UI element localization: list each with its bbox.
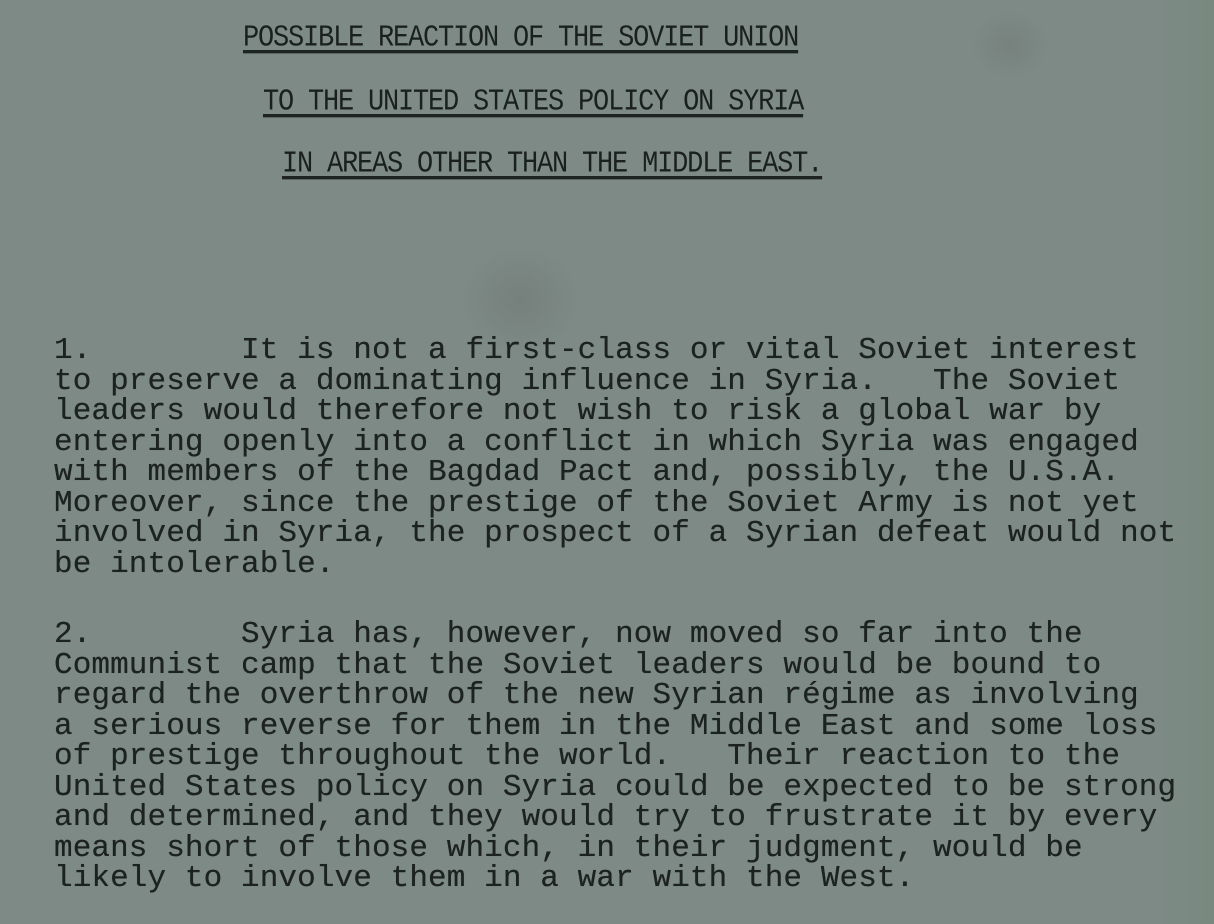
paragraph-line: leaders would therefore not wish to risk… bbox=[54, 397, 1176, 428]
paragraph-line: and determined, and they would try to fr… bbox=[54, 803, 1176, 834]
paragraph-line: with members of the Bagdad Pact and, pos… bbox=[54, 458, 1176, 489]
title-line-1: POSSIBLE REACTION OF THE SOVIET UNION bbox=[243, 22, 798, 56]
paragraph-line: regard the overthrow of the new Syrian r… bbox=[54, 681, 1176, 712]
paragraph-line: of prestige throughout the world. Their … bbox=[54, 742, 1176, 773]
document-page: POSSIBLE REACTION OF THE SOVIET UNION TO… bbox=[0, 0, 1214, 924]
paragraph-line: entering openly into a conflict in which… bbox=[54, 428, 1176, 459]
title-line-2: TO THE UNITED STATES POLICY ON SYRIA bbox=[263, 86, 803, 120]
paragraph-line: likely to involve them in a war with the… bbox=[54, 864, 1176, 895]
paragraph-line: 1. It is not a first-class or vital Sovi… bbox=[54, 336, 1176, 367]
paragraph-2: 2. Syria has, however, now moved so far … bbox=[54, 620, 1176, 895]
paragraph-line: involved in Syria, the prospect of a Syr… bbox=[54, 519, 1176, 550]
paragraph-line: Moreover, since the prestige of the Sovi… bbox=[54, 489, 1176, 520]
paragraph-line: to preserve a dominating influence in Sy… bbox=[54, 367, 1176, 398]
paragraph-line: Communist camp that the Soviet leaders w… bbox=[54, 651, 1176, 682]
title-line-3: IN AREAS OTHER THAN THE MIDDLE EAST. bbox=[282, 148, 822, 182]
paragraph-line: United States policy on Syria could be e… bbox=[54, 773, 1176, 804]
paragraph-line: be intolerable. bbox=[54, 550, 1176, 581]
paragraph-line: 2. Syria has, however, now moved so far … bbox=[54, 620, 1176, 651]
paragraph-line: a serious reverse for them in the Middle… bbox=[54, 712, 1176, 743]
paragraph-1: 1. It is not a first-class or vital Sovi… bbox=[54, 336, 1176, 580]
paragraph-line: means short of those which, in their jud… bbox=[54, 834, 1176, 865]
